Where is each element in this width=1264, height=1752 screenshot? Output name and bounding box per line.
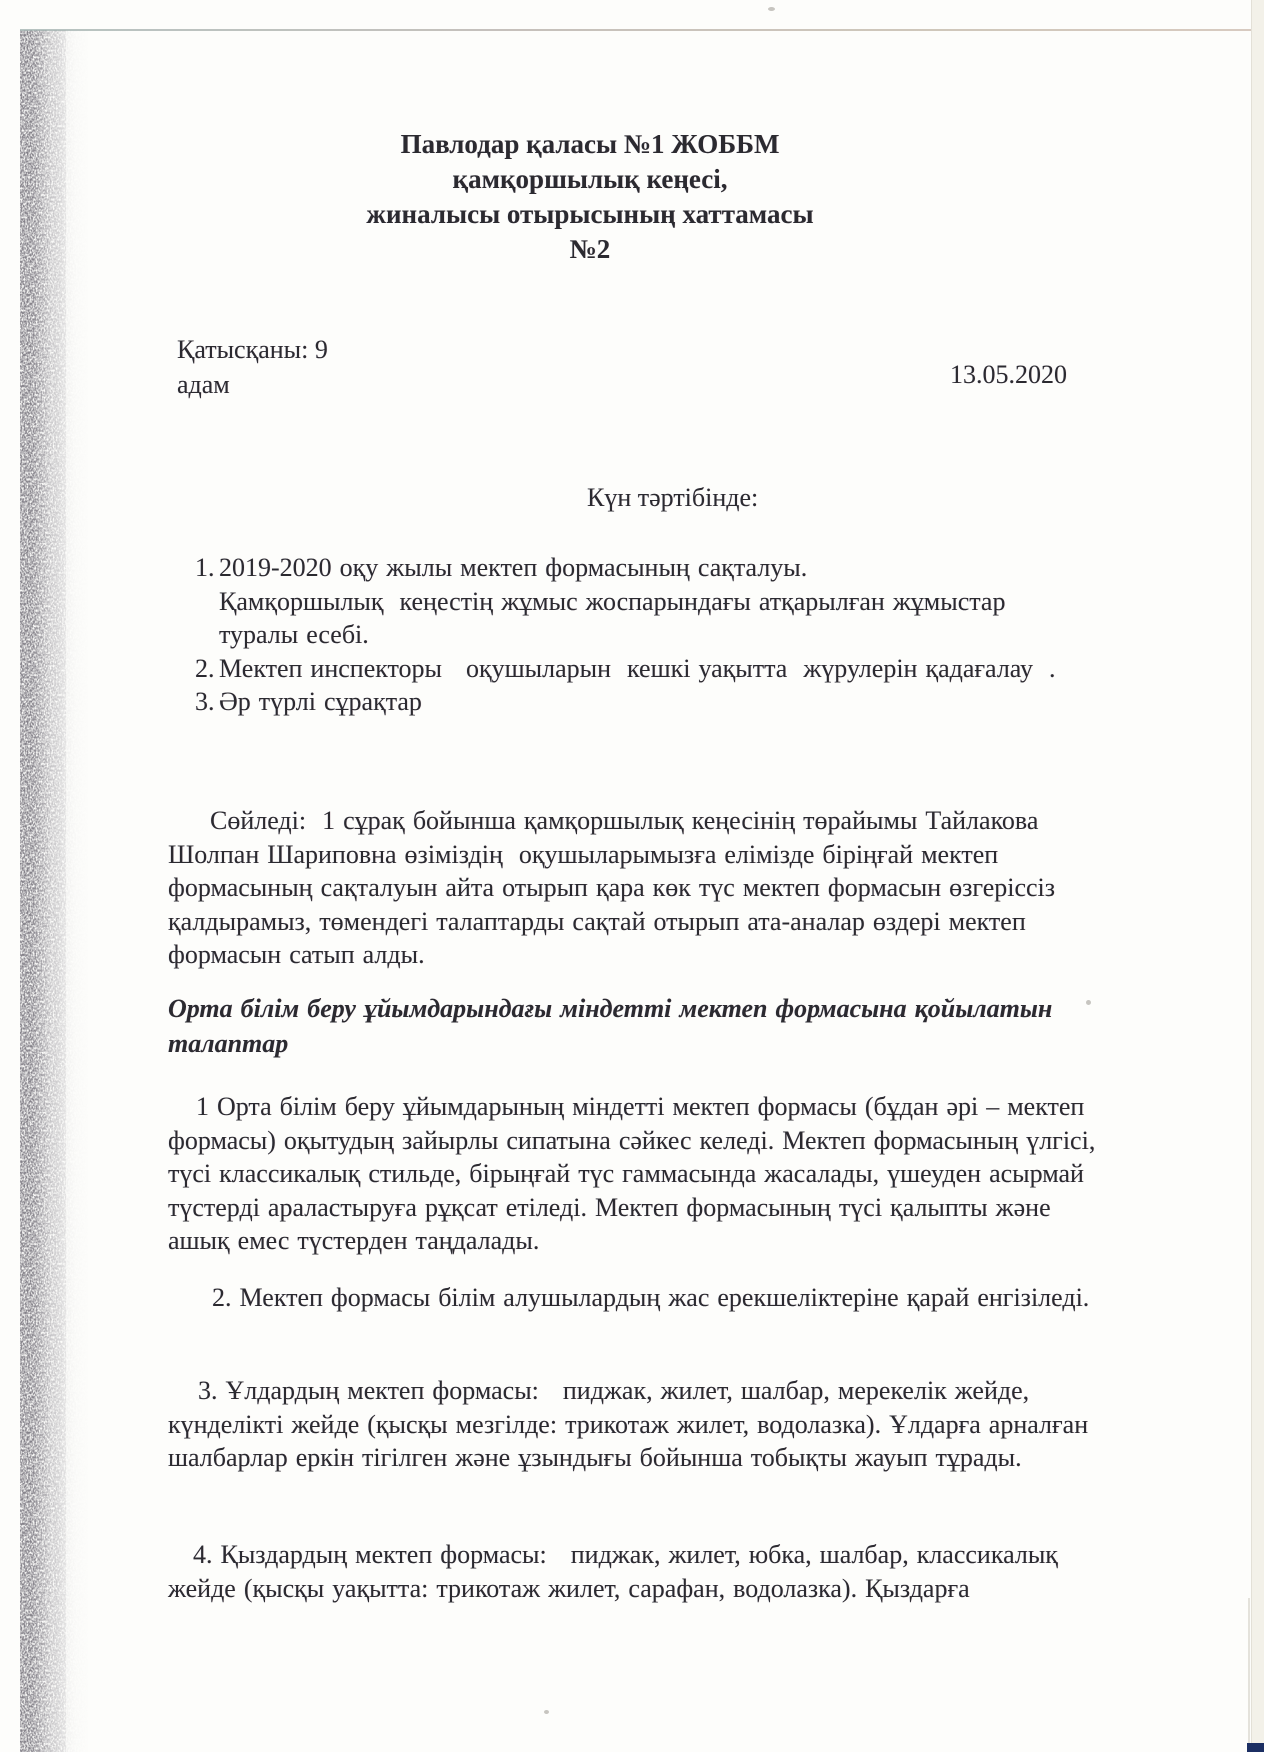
scan-speck (768, 7, 775, 11)
scan-right-edge-line (1248, 1598, 1250, 1752)
scan-edge-noise (18, 30, 114, 1752)
title-line-3: жиналысы отырысының хаттамасы (0, 197, 1180, 232)
requirement-paragraph-2: 2. Мектеп формасы білім алушылардың жас … (168, 1281, 1103, 1315)
agenda-item-3: 3. Әр түрлі сұрақтар (195, 685, 1145, 719)
agenda-list: 1. 2019-2020 оқу жылы мектеп формасының … (195, 551, 1145, 719)
agenda-item-text: Әр түрлі сұрақтар (219, 685, 1145, 719)
requirement-paragraph-3: 3. Ұлдардың мектеп формасы: пиджак, жиле… (168, 1374, 1103, 1475)
requirement-paragraph-1: 1 Орта білім беру ұйымдарының міндетті м… (168, 1090, 1103, 1258)
requirement-paragraph-4: 4. Қыздардың мектеп формасы: пиджак, жил… (168, 1538, 1103, 1605)
attendance-unit: адам (177, 367, 328, 402)
title-line-2: қамқоршылық кеңесі, (0, 162, 1180, 197)
scan-corner-mark (1247, 1743, 1264, 1752)
agenda-item-2: 2. Мектеп инспекторы оқушыларын кешкі уа… (195, 652, 1145, 686)
scan-speck (544, 1710, 549, 1714)
agenda-item-number: 3. (195, 685, 219, 719)
agenda-item-text: Мектеп инспекторы оқушыларын кешкі уақыт… (219, 652, 1145, 686)
scanned-protocol-page: Павлодар қаласы №1 ЖОББМ қамқоршылық кең… (0, 0, 1264, 1752)
scan-line (20, 29, 1253, 31)
title-line-1: Павлодар қаласы №1 ЖОББМ (0, 127, 1180, 162)
agenda-item-number: 1. (195, 551, 219, 652)
attendance-note: Қатысқаны: 9 адам (177, 332, 328, 402)
scan-right-margin (1251, 0, 1264, 1752)
requirements-heading: Орта білім беру ұйымдарындағы міндетті м… (168, 991, 1113, 1061)
agenda-item-1: 1. 2019-2020 оқу жылы мектеп формасының … (195, 551, 1145, 652)
attendance-count: Қатысқаны: 9 (177, 332, 328, 367)
meeting-date: 13.05.2020 (950, 360, 1067, 390)
title-line-4: №2 (0, 232, 1180, 267)
agenda-item-number: 2. (195, 652, 219, 686)
speech-paragraph: Сөйледі: 1 сұрақ бойынша қамқоршылық кең… (168, 804, 1103, 972)
agenda-item-text: 2019-2020 оқу жылы мектеп формасының сақ… (219, 551, 1145, 652)
document-title: Павлодар қаласы №1 ЖОББМ қамқоршылық кең… (0, 127, 1180, 267)
agenda-heading: Күн тәртібінде: (587, 483, 758, 513)
